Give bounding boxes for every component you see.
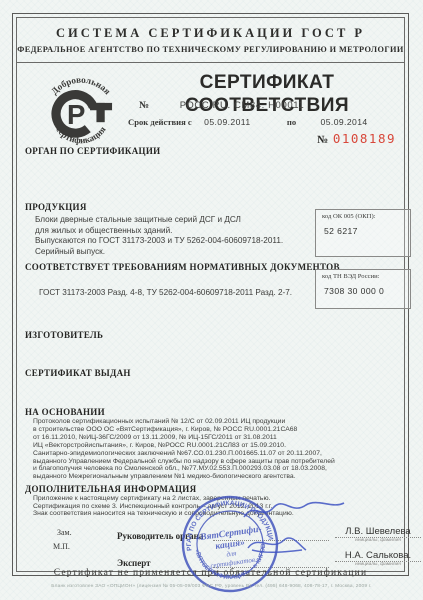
validity-from-date: 05.09.2011 [204,117,250,127]
basis-line: Санитарно-эпидемиологических заключений … [33,450,395,458]
certificate-inner-frame: СИСТЕМА СЕРТИФИКАЦИИ ГОСТ Р ФЕДЕРАЛЬНОЕ … [16,17,405,572]
basis-line: от 16.11.2010, №ИЦ-36ГС/2009 от 13.11.20… [33,434,395,442]
product-line: Выпускаются по ГОСТ 31173-2003 и ТУ 5262… [35,236,283,247]
basis-line: Протоколов сертификационных испытаний № … [33,418,395,426]
okp-code-value: 52 6217 [324,226,410,236]
gost-rst-logo: Добровольная сертификация Р [33,68,125,158]
basis-line: выданного Межрегиональным управлением №1… [33,473,395,481]
tnved-code-label: код ТН ВЭД России: [322,273,410,280]
stamp-center-line3: для [226,549,237,558]
section-additional-label: ДОПОЛНИТЕЛЬНАЯ ИНФОРМАЦИЯ [25,484,196,494]
section-issued-to-label: СЕРТИФИКАТ ВЫДАН [25,368,131,378]
stamp-icon: ОРГАН ПО СЕРТИФИКАЦИИ ПРОДУКЦИИ «ВЯТСЕРТ… [171,485,288,600]
registration-number-value: РОСС RU. СМ34. Н00011 [180,100,305,111]
header-system-title: СИСТЕМА СЕРТИФИКАЦИИ ГОСТ Р [17,26,404,41]
registration-number-row: № РОСС RU. СМ34. Н00011 [139,100,419,111]
basis-line: ИЦ «Векторстройиспытания», г. Киров, №РО… [33,442,395,450]
registration-number-label: № [139,100,149,111]
deputy-label: Зам. [57,528,72,537]
stamp-place-label: М.П. [53,542,70,551]
basis-body: Протоколов сертификационных испытаний № … [33,418,395,481]
expert-name-block: Н.А. Салькова. инициалы, фамилия [335,550,421,567]
okp-code-label: код ОК 005 (ОКП): [322,213,410,220]
validity-to-label: по [287,117,296,127]
product-line: Серийный выпуск. [35,247,283,258]
basis-line: в строительстве ООО ОС «ВятСертификация»… [33,426,395,434]
conforms-body: ГОСТ 31173-2003 Разд. 4-8, ТУ 5262-004-6… [39,288,292,299]
section-conforms-label: СООТВЕТСТВУЕТ ТРЕБОВАНИЯМ НОРМАТИВНЫХ ДО… [25,262,340,272]
serial-number: № 0108189 [216,130,396,148]
section-basis-label: НА ОСНОВАНИИ [25,407,105,417]
rst-mark-icon: Добровольная сертификация Р [33,68,125,158]
certification-stamp: ОРГАН ПО СЕРТИФИКАЦИИ ПРОДУКЦИИ «ВЯТСЕРТ… [171,485,288,600]
validity-row: Срок действия с 05.09.2011 по 05.09.2014 [128,117,420,127]
head-name-caption: инициалы, фамилия [335,538,421,543]
header-divider [17,62,404,63]
validity-label: Срок действия с [128,117,192,127]
product-description: Блоки дверные стальные защитные серий ДС… [35,215,283,257]
serial-number-value: 0108189 [333,131,396,146]
head-name-block: Л.В. Шевелева инициалы, фамилия [335,526,421,543]
tnved-code-value: 7308 30 000 0 [324,286,410,296]
certificate-page: СИСТЕМА СЕРТИФИКАЦИИ ГОСТ Р ФЕДЕРАЛЬНОЕ … [0,0,423,600]
expert-name: Н.А. Салькова. [335,550,421,561]
certificate-frame: СИСТЕМА СЕРТИФИКАЦИИ ГОСТ Р ФЕДЕРАЛЬНОЕ … [12,13,409,576]
logo-letter-r: Р [67,99,85,130]
blank-fine-print: Бланк изготовлен ЗАО «ОПЦИОН» (лицензия … [0,584,423,589]
logo-letter-t-stem [96,103,104,122]
section-manufacturer-label: ИЗГОТОВИТЕЛЬ [25,330,103,340]
product-line: Блоки дверные стальные защитные серий ДС… [35,215,283,226]
expert-label: Эксперт [117,558,151,568]
section-product-label: ПРОДУКЦИЯ [25,202,87,212]
product-line: для жилых и общественных зданий. [35,226,283,237]
head-name: Л.В. Шевелева [335,526,421,537]
expert-name-caption: инициалы, фамилия [335,562,421,567]
header-agency-title: ФЕДЕРАЛЬНОЕ АГЕНТСТВО ПО ТЕХНИЧЕСКОМУ РЕ… [17,45,404,54]
validity-to-date: 05.09.2014 [321,117,368,127]
serial-number-label: № [317,134,328,146]
okp-code-box: код ОК 005 (ОКП): 52 6217 [315,209,411,257]
tnved-code-box: код ТН ВЭД России: 7308 30 000 0 [315,269,411,309]
section-certification-body-label: ОРГАН ПО СЕРТИФИКАЦИИ [25,146,160,156]
